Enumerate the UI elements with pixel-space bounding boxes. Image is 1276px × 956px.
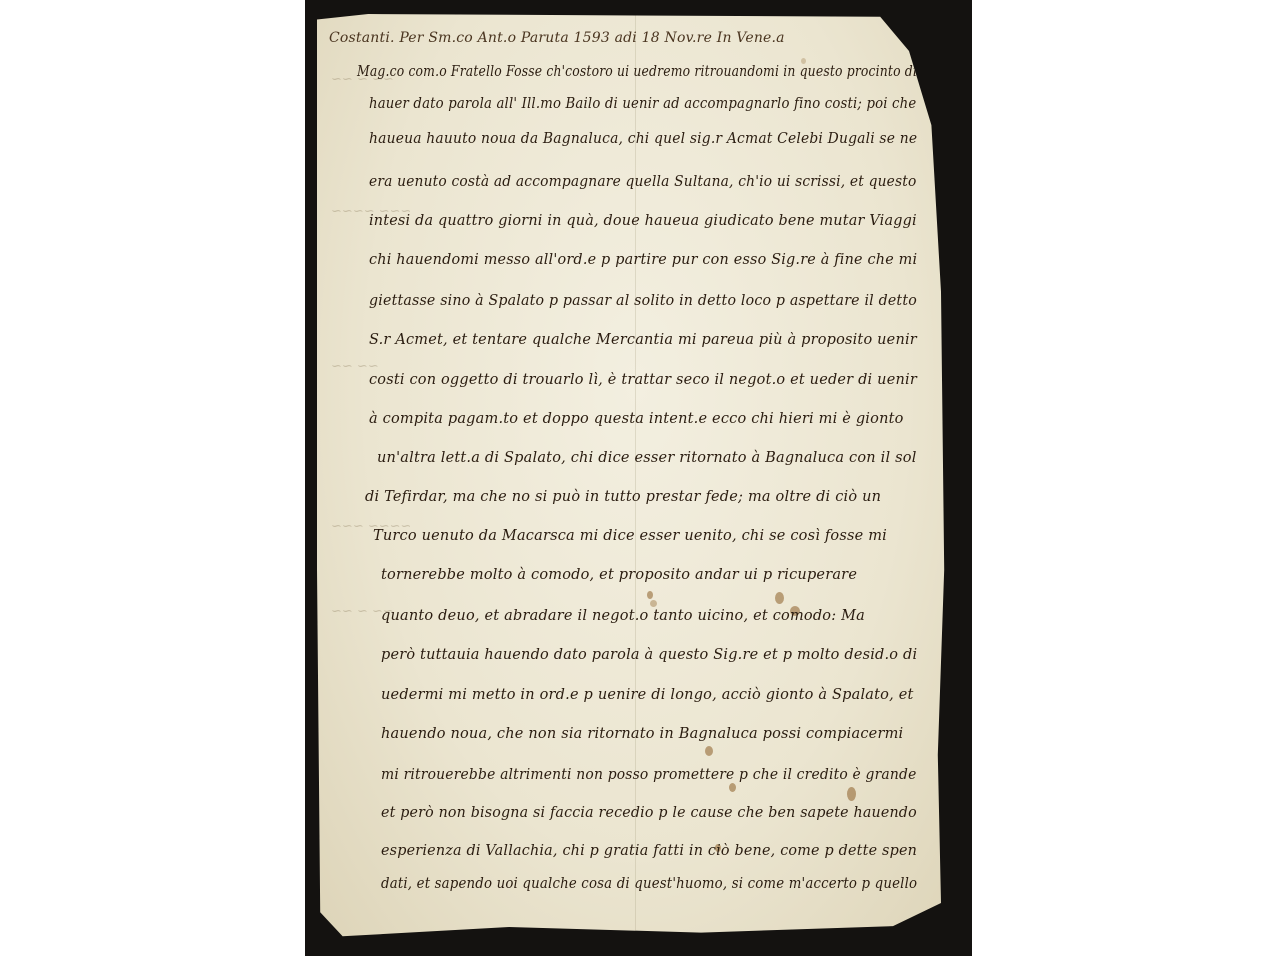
text-line: hauendo noua, che non sia ritornato in B… bbox=[381, 726, 903, 742]
text-line: Turco uenuto da Macarsca mi dice esser u… bbox=[373, 528, 887, 544]
text-line: intesi da quattro giorni in quà, doue ha… bbox=[369, 213, 917, 229]
text-line: dati, et sapendo uoi qualche cosa di que… bbox=[381, 876, 917, 892]
text-line: però tuttauia hauendo dato parola à ques… bbox=[381, 647, 917, 663]
text-line: quanto deuo, et abradare il negot.o tant… bbox=[381, 608, 865, 624]
text-line: hauer dato parola all' Ill.mo Bailo di u… bbox=[369, 96, 916, 112]
text-line: era uenuto costà ad accompagnare quella … bbox=[369, 174, 917, 190]
text-line: à compita pagam.to et doppo questa inten… bbox=[369, 411, 904, 427]
text-line: mi ritrouerebbe altrimenti non posso pro… bbox=[381, 767, 916, 783]
text-line: chi hauendomi messo all'ord.e p partire … bbox=[369, 252, 917, 268]
text-line: uedermi mi metto in ord.e p uenire di lo… bbox=[381, 687, 914, 703]
text-line: Mag.co com.o Fratello Fosse ch'costoro u… bbox=[357, 64, 917, 80]
text-line: costi con oggetto di trouarlo lì, è trat… bbox=[369, 372, 917, 388]
manuscript-page: ~~ ~ ~~ ~~~ ~~~~ ~~ ~~ ~~~~ ~~~ ~~ ~ ~~ … bbox=[317, 14, 957, 940]
text-line: et però non bisogna si faccia recedio p … bbox=[381, 805, 917, 821]
text-line: di Tefirdar, ma che no si può in tutto p… bbox=[365, 489, 881, 505]
letter-header: Costanti. Per Sm.co Ant.o Paruta 1593 ad… bbox=[329, 30, 785, 46]
text-line: haueua hauuto noua da Bagnaluca, chi que… bbox=[369, 131, 917, 147]
text-line: giettasse sino à Spalato p passar al sol… bbox=[369, 293, 917, 309]
scan-frame: ~~ ~ ~~ ~~~ ~~~~ ~~ ~~ ~~~~ ~~~ ~~ ~ ~~ … bbox=[305, 0, 972, 956]
text-line: S.r Acmet, et tentare qualche Mercantia … bbox=[369, 332, 917, 348]
text-line: tornerebbe molto à comodo, et proposito … bbox=[381, 567, 857, 583]
text-line: un'altra lett.a di Spalato, chi dice ess… bbox=[377, 450, 917, 466]
text-line: esperienza di Vallachia, chi p gratia fa… bbox=[381, 843, 917, 859]
